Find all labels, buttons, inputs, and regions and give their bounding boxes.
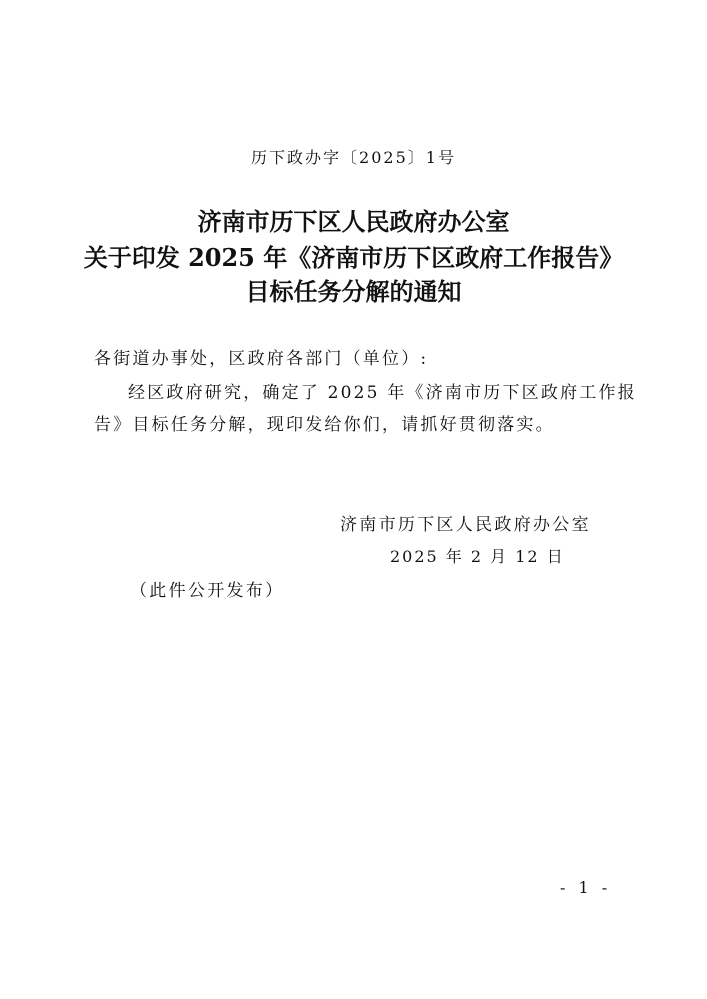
body-paragraph-line-2: 告》目标任务分解，现印发给你们，请抓好贯彻落实。: [94, 410, 555, 435]
document-number: 历下政办字〔2025〕1号: [0, 145, 707, 168]
body-paragraph-line-1: 经区政府研究，确定了 2025 年《济南市历下区政府工作报: [128, 378, 637, 403]
signature-issuer: 济南市历下区人民政府办公室: [340, 510, 591, 535]
addressee: 各街道办事处，区政府各部门（单位）:: [94, 344, 428, 369]
issue-date: 2025 年 2 月 12 日: [390, 544, 565, 567]
title-line-2: 关于印发 2025 年《济南市历下区政府工作报告》: [0, 238, 707, 273]
publication-note: （此件公开发布）: [130, 576, 284, 601]
title-line-1: 济南市历下区人民政府办公室: [0, 202, 707, 237]
title-line-3: 目标任务分解的通知: [0, 272, 707, 307]
page-number: - 1 -: [560, 878, 611, 897]
